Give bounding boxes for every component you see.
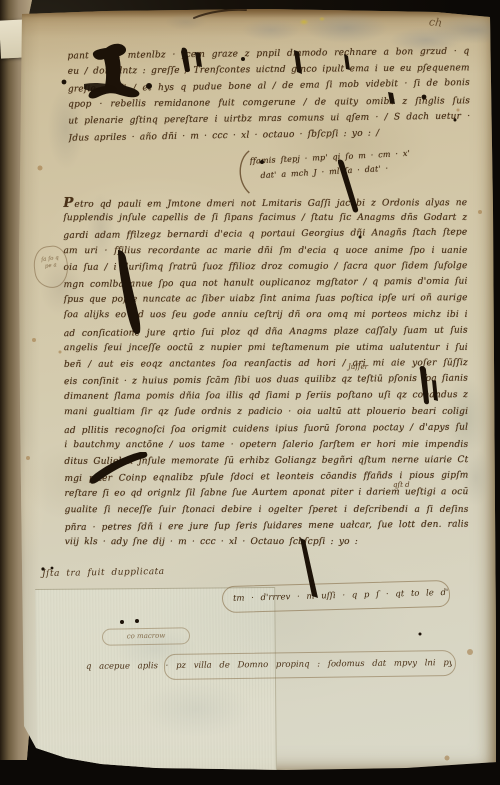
manuscript-line: Petro qd pauli em Jmtone dmeri not Lmita… — [63, 193, 467, 211]
interlinear-addition: Juſſer — [348, 363, 368, 371]
manuscript-line: i bautchmy anctōne / uos tame · opetern … — [64, 437, 468, 454]
manuscript-line: gualite ſi neceſſe ſuir ſtonaci debire i… — [65, 501, 469, 518]
place-note: q acepue aplis · pz villa de Domno propi… — [86, 654, 452, 676]
entry-2-text-block: Petro qd pauli em Jmtone dmeri not Lmita… — [63, 193, 469, 551]
manuscript-page: ch pant emde mtenlbz · ſcem graze z pnpi… — [6, 8, 496, 772]
manuscript-line: am uri · ffilius recordante ac marie dñi… — [63, 242, 467, 259]
manuscript-line: dimanent ſlama pomis dñia ſoa illis qd ſ… — [64, 387, 468, 405]
manuscript-line: ſpus que poſce nuncate ac ſiber uiabz ſi… — [64, 290, 468, 308]
folio-mark: ch — [428, 15, 443, 29]
entry-1-text-block: pant emde mtenlbz · ſcem graze z pnpil d… — [67, 44, 470, 146]
manuscript-line: gardi adam ffilzegz bernardi d'ecia q po… — [63, 225, 467, 245]
manuscript-line: ad conſicatione jure qrtio ſui ploz qd d… — [64, 322, 468, 342]
interlinear-addition: qſt d — [393, 481, 410, 489]
photo-background: ch pant emde mtenlbz · ſcem graze z pnpi… — [0, 0, 500, 785]
duplicata-note: Jſta tra fuit dupplicata — [42, 567, 165, 579]
manuscript-line: ſoa alijks eo qd uos ſeu gode anniu ceſt… — [64, 307, 468, 324]
name-oval-note: co macrow — [102, 627, 190, 646]
manuscript-line: angelis ſeui jnceſſe ooctū z nupier pmi … — [64, 340, 468, 357]
manuscript-date-line: viij kls · ady ſne dij · m · ccc · xl · … — [65, 534, 469, 551]
manuscript-line: mani gualtiam ſir qz ſude ordnis z padic… — [64, 404, 468, 421]
